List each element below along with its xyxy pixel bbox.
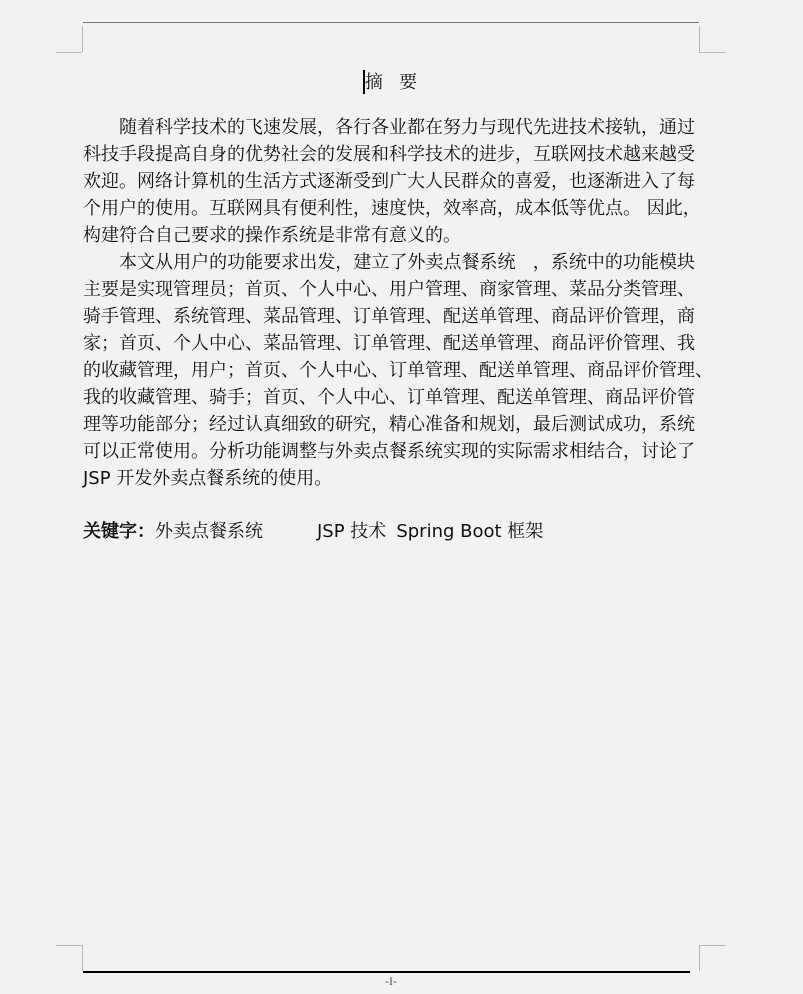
keyword-item: Spring Boot 框架 bbox=[396, 521, 543, 542]
page-number: -I- bbox=[371, 974, 411, 989]
text-line: 个用户的使用。互联网具有便利性，速度快，效率高，成本低等优点。 因此， bbox=[83, 195, 695, 222]
text-line: 科技手段提高自身的优势社会的发展和科学技术的进步，互联网技术越来越受 bbox=[83, 141, 695, 168]
corner-mark-bottom-right-horizontal bbox=[699, 945, 726, 946]
footer-rule bbox=[83, 971, 690, 973]
text-line: 我的收藏管理、骑手；首页、个人中心、订单管理、配送单管理、商品评价管 bbox=[83, 384, 695, 411]
abstract-title: 摘要 bbox=[83, 68, 699, 94]
keyword-item: JSP 技术 bbox=[317, 521, 386, 542]
text-line: 可以正常使用。分析功能调整与外卖点餐系统实现的实际需求相结合，讨论了 bbox=[83, 438, 695, 465]
corner-mark-bottom-left-horizontal bbox=[56, 945, 82, 946]
header-rule bbox=[83, 22, 699, 23]
keywords-label: 关键字： bbox=[83, 521, 155, 542]
corner-mark-top-right-vertical bbox=[699, 26, 700, 52]
text-line: 欢迎。网络计算机的生活方式逐渐受到广大人民群众的喜爱，也逐渐进入了每 bbox=[83, 168, 695, 195]
keywords-line: 关键字：外卖点餐系统JSP 技术Spring Boot 框架 bbox=[83, 518, 543, 545]
text-line: 理等功能部分；经过认真细致的研究，精心准备和规划，最后测试成功，系统 bbox=[83, 411, 695, 438]
text-line: 的收藏管理，用户；首页、个人中心、订单管理、配送单管理、商品评价管理、 bbox=[83, 357, 695, 384]
corner-mark-bottom-right-vertical bbox=[699, 945, 700, 971]
paragraph-1: 随着科学技术的飞速发展，各行各业都在努力与现代先进技术接轨，通过 科技手段提高自… bbox=[83, 114, 695, 249]
corner-mark-top-left-horizontal bbox=[56, 52, 82, 53]
text-cursor bbox=[363, 70, 365, 94]
corner-mark-top-left-vertical bbox=[82, 26, 83, 52]
paragraph-2: 本文从用户的功能要求出发，建立了外卖点餐系统 ，系统中的功能模块 主要是实现管理… bbox=[83, 249, 695, 492]
text-line: 构建符合自己要求的操作系统是非常有意义的。 bbox=[83, 222, 695, 249]
text-line: JSP 开发外卖点餐系统的使用。 bbox=[83, 465, 695, 492]
text-line: 本文从用户的功能要求出发，建立了外卖点餐系统 ，系统中的功能模块 bbox=[83, 249, 695, 276]
text-line: 随着科学技术的飞速发展，各行各业都在努力与现代先进技术接轨，通过 bbox=[83, 114, 695, 141]
abstract-body[interactable]: 随着科学技术的飞速发展，各行各业都在努力与现代先进技术接轨，通过 科技手段提高自… bbox=[83, 114, 695, 492]
text-line: 骑手管理、系统管理、菜品管理、订单管理、配送单管理、商品评价管理，商 bbox=[83, 303, 695, 330]
corner-mark-top-right-horizontal bbox=[699, 52, 726, 53]
corner-mark-bottom-left-vertical bbox=[82, 945, 83, 971]
text-line: 主要是实现管理员；首页、个人中心、用户管理、商家管理、菜品分类管理、 bbox=[83, 276, 695, 303]
keyword-item: 外卖点餐系统 bbox=[155, 521, 263, 542]
text-line: 家；首页、个人中心、菜品管理、订单管理、配送单管理、商品评价管理、我 bbox=[83, 330, 695, 357]
